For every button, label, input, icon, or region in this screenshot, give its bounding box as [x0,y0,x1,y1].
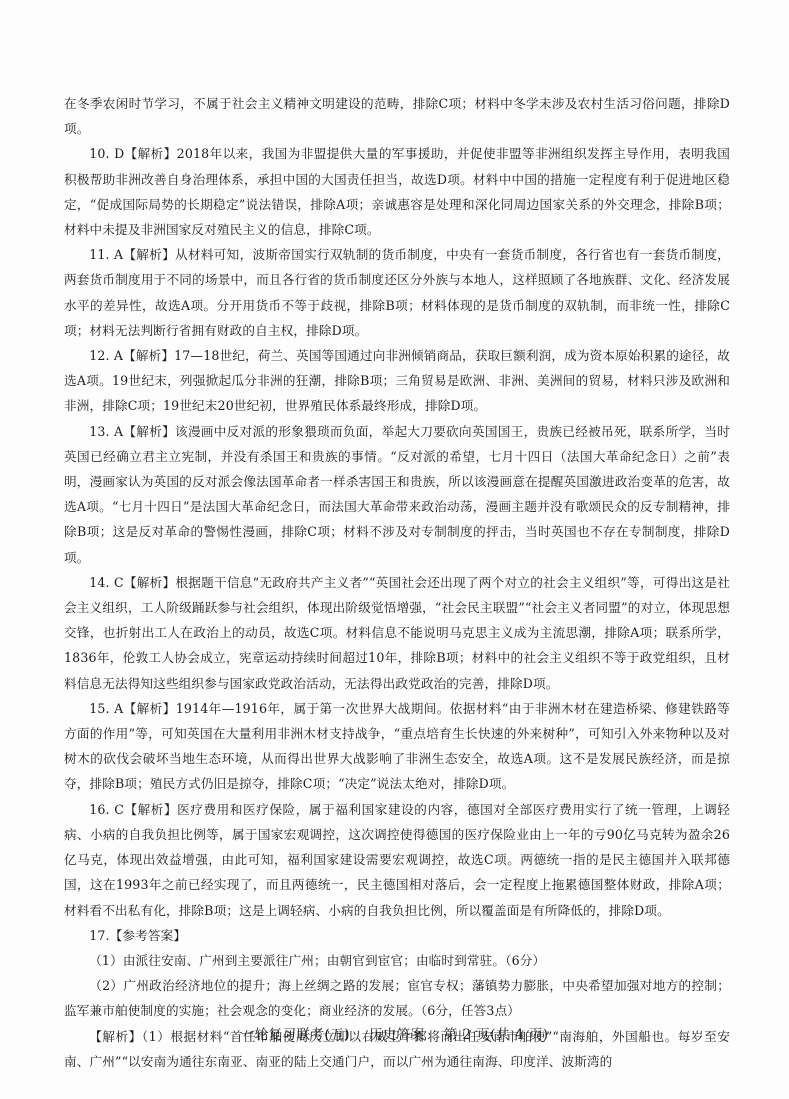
footer-exam-name: 一轮复习联考(五) [240,1027,350,1043]
paragraph-q17-heading: 17.【参考答案】 [64,923,730,948]
footer-page-info: 第 2 页(共 4 页) [444,1027,549,1043]
paragraph-q15: 15. A【解析】1914年—1916年，属于第一次世界大战期间。依据材料“由于… [64,696,730,797]
paragraph-q11: 11. A【解析】从材料可知，波斯帝国实行双轨制的货币制度，中央有一套货币制度，… [64,242,730,343]
paragraph-q14: 14. C【解析】根据题干信息“无政府共产主义者”“英国社会还出现了两个对立的社… [64,570,730,696]
paragraph-q17-answer-2: （2）广州政治经济地位的提升；海上丝绸之路的发展；宦官专权；藩镇势力膨胀，中央希… [64,973,730,1023]
paragraph-q17-answer-1: （1）由派往安南、广州到主要派往广州；由朝官到宦官；由临时到常驻。（6分） [64,948,730,973]
answer-body: 在冬季农闲时节学习，不属于社会主义精神文明建设的范畴，排除C项；材料中冬学未涉及… [64,91,730,1074]
paragraph-q16: 16. C【解析】医疗费用和医疗保险，属于福利国家建设的内容，德国对全部医疗费用… [64,797,730,923]
footer-subject: 历史答案 [369,1027,425,1043]
paragraph-q12: 12. A【解析】17—18世纪，荷兰、英国等国通过向非洲倾销商品，获取巨额利润… [64,343,730,419]
paragraph-q13: 13. A【解析】该漫画中反对派的形象猥琐而负面，举起大刀要砍向英国国王，贵族已… [64,419,730,570]
paragraph-continuation: 在冬季农闲时节学习，不属于社会主义精神文明建设的范畴，排除C项；材料中冬学未涉及… [64,91,730,141]
paragraph-q10: 10. D【解析】2018年以来，我国为非盟提供大量的军事援助，并促使非盟等非洲… [64,141,730,242]
document-page: 在冬季农闲时节学习，不属于社会主义精神文明建设的范畴，排除C项；材料中冬学未涉及… [0,0,789,1099]
page-footer: 一轮复习联考(五) 历史答案 第 2 页(共 4 页) [0,1023,789,1043]
